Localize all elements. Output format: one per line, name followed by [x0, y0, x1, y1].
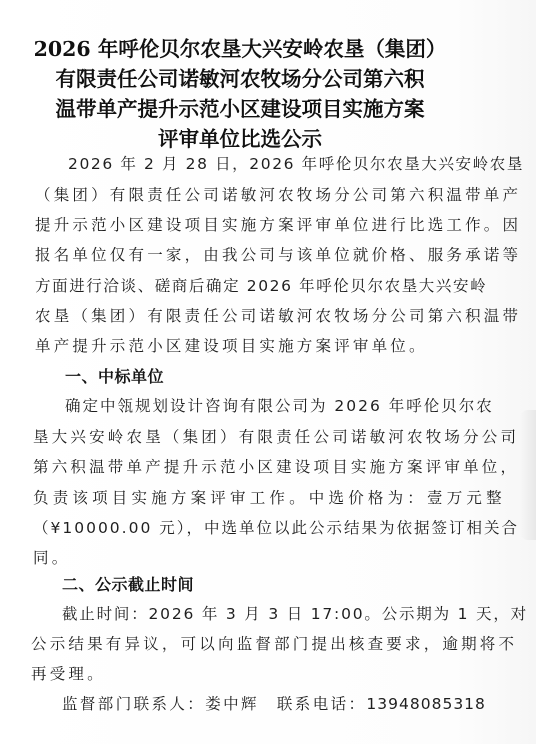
supervisor-contact: 监督部门联系人：娄中辉联系电话：13948085318	[62, 692, 486, 714]
section1-line: 同。	[33, 546, 70, 568]
intro-line: （集团）有限责任公司诺敏河农牧场分公司第六积温带单产	[35, 183, 521, 205]
intro-line: 农垦（集团）有限责任公司诺敏河农牧场分公司第六积温带	[35, 304, 521, 326]
contact-name: 娄中辉	[205, 695, 259, 713]
title-line-3: 温带单产提升示范小区建设项目实施方案	[30, 94, 450, 124]
title-line-2: 有限责任公司诺敏河农牧场分公司第六积	[30, 64, 450, 94]
scan-shadow	[520, 410, 536, 540]
intro-line: 方面进行洽谈、磋商后确定 2026 年呼伦贝尔农垦大兴安岭	[35, 274, 487, 296]
intro-line: 2026 年 2 月 28 日，2026 年呼伦贝尔农垦大兴安岭农垦	[68, 152, 524, 174]
title-line-4: 评审单位比选公示	[30, 124, 450, 154]
contact-label: 监督部门联系人：	[62, 695, 205, 713]
intro-line: 报名单位仅有一家，由我公司与该单位就价格、服务承诺等	[35, 243, 521, 265]
document-page: 2026 年呼伦贝尔农垦大兴安岭农垦（集团） 有限责任公司诺敏河农牧场分公司第六…	[0, 0, 536, 744]
section2-line: 截止时间：2026 年 3 月 3 日 17:00。公示期为 1 天，对	[62, 602, 528, 624]
contact-phone: 13948085318	[366, 695, 485, 713]
intro-line: 单产提升示范小区建设项目实施方案评审单位。	[35, 334, 428, 356]
section1-line: 第六积温带单产提升示范小区建设项目实施方案评审单位，	[33, 455, 519, 477]
section1-line: 负责该项目实施方案评审工作。中选价格为：壹万元整	[33, 486, 506, 508]
section1-line: 垦大兴安岭农垦（集团）有限责任公司诺敏河农牧场分公司	[33, 425, 519, 447]
section2-line: 再受理。	[31, 662, 106, 684]
section2-line: 公示结果有异议，可以向监督部门提出核查要求，逾期将不	[31, 632, 517, 654]
intro-line: 提升示范小区建设项目实施方案评审单位进行比选工作。因	[35, 213, 521, 235]
phone-label: 联系电话：	[277, 695, 367, 713]
section1-line: 确定中瓴规划设计咨询有限公司为 2026 年呼伦贝尔农	[65, 394, 494, 416]
section1-line: （¥10000.00 元），中选单位以此公示结果为依据签订相关合	[33, 516, 519, 538]
section-heading-deadline: 二、公示截止时间	[62, 572, 194, 595]
document-title: 2026 年呼伦贝尔农垦大兴安岭农垦（集团） 有限责任公司诺敏河农牧场分公司第六…	[30, 34, 450, 154]
section-heading-winning-unit: 一、中标单位	[65, 364, 164, 387]
title-line-1: 2026 年呼伦贝尔农垦大兴安岭农垦（集团）	[30, 34, 450, 64]
